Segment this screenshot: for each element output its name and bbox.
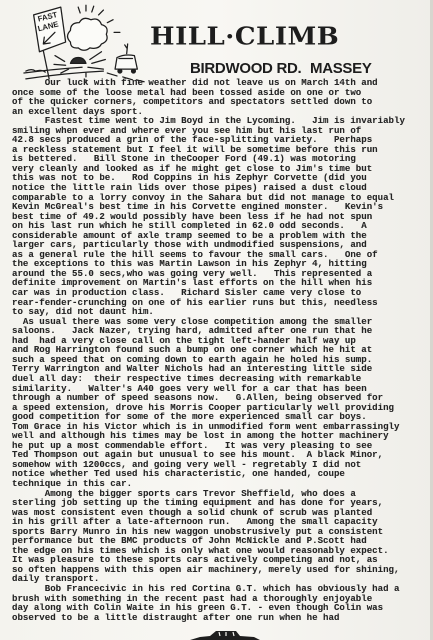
hill-climb-cartoon-icon: FAST LANE [22,2,148,84]
newsletter-page: FAST LANE HILL·CLIMB BIRDWOOD RD. MASSEY… [0,0,433,640]
location-place: MASSEY [310,60,372,77]
article-body: Our luck with fine weather did not leave… [12,78,427,622]
car-silhouette-icon [190,630,260,640]
article-line: observed to be a little distraught after… [12,613,427,623]
page-title: HILL·CLIMB [150,23,339,52]
location-road: BIRDWOOD RD. [190,60,301,77]
